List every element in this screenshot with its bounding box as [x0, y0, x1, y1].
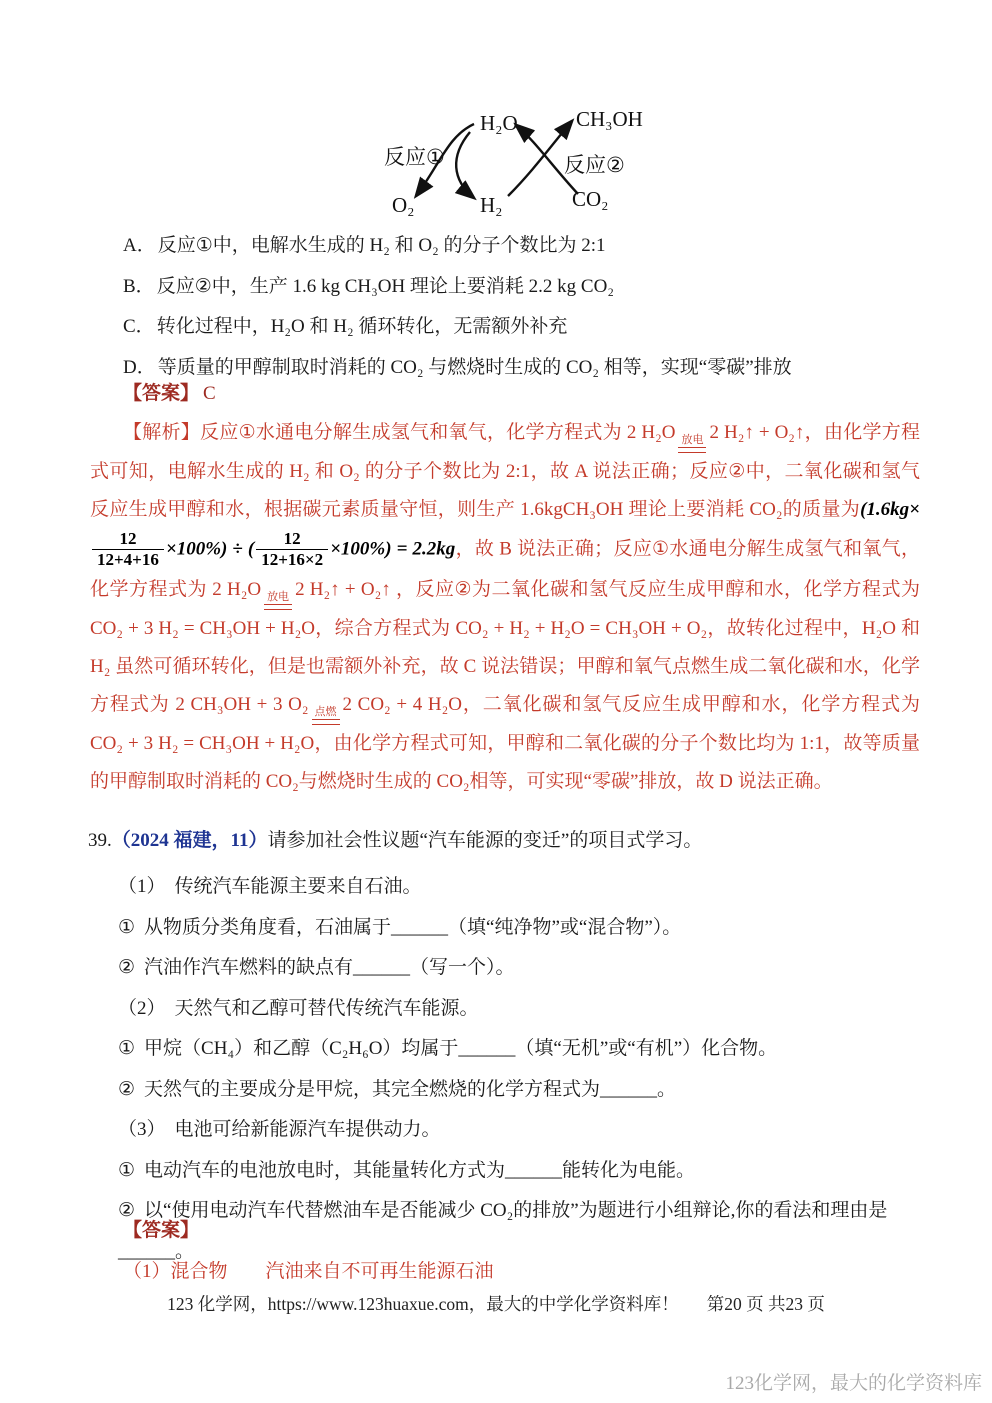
option-text: 反应①中，电解水生成的 H₂ 和 O₂ 的分子个数比为 2:1: [158, 235, 606, 256]
o2-label: O₂: [392, 193, 415, 217]
part-label: ②: [118, 957, 135, 978]
reaction-condition: 放电: [264, 591, 292, 610]
part-label: （2）: [118, 998, 166, 1019]
answer-marker: 【答案】: [123, 383, 199, 404]
part-label: （3）: [118, 1119, 166, 1140]
h2o-label: H₂O: [480, 111, 518, 135]
answer-line-q39: （1）混合物 汽油来自不可再生能源石油: [123, 1259, 494, 1285]
reaction-cycle-diagram: H₂O CH₃OH 反应① 反应② O₂ H₂ CO₂: [368, 94, 708, 232]
answer-line-q38: 【答案】C: [123, 381, 216, 407]
question-part-row: （1）传统汽车能源主要来自石油。: [88, 867, 924, 908]
part-text: 汽油作汽车燃料的缺点有______（写一个）。: [144, 957, 515, 978]
document-page: H₂O CH₃OH 反应① 反应② O₂ H₂ CO₂ A．反应①中，电解水生成…: [0, 0, 992, 1403]
answer-section-q39: 【答案】: [123, 1218, 199, 1244]
analysis-text-segment: ×100%) ÷ (: [166, 538, 254, 559]
option-letter: D．: [123, 357, 156, 378]
part-text: 电池可给新能源汽车提供动力。: [175, 1119, 441, 1140]
question-39: 39.（2024 福建，11）请参加社会性议题“汽车能源的变迁”的项目式学习。 …: [88, 828, 924, 1272]
reaction-condition: 点燃: [312, 706, 340, 725]
part-label: ①: [118, 1038, 135, 1059]
fraction: 1212+4+16: [92, 529, 164, 571]
question-source: （2024 福建，11）: [112, 830, 268, 851]
part-label: （1）: [118, 876, 166, 897]
analysis-text-segment: ×100%) = 2.2kg: [330, 538, 455, 559]
part-text: 电动汽车的电池放电时，其能量转化方式为______能转化为电能。: [144, 1160, 695, 1181]
reaction1-label: 反应①: [384, 145, 445, 169]
site-footer-text: 123 化学网，https://www.123huaxue.com，最大的中学化…: [167, 1294, 679, 1314]
option-letter: B．: [123, 276, 155, 297]
question-part-row: ①甲烷（CH₄）和乙醇（C₂H₆O）均属于______（填“无机”或“有机”）化…: [88, 1029, 924, 1070]
part-label: ①: [118, 1160, 135, 1181]
option-row: A．反应①中，电解水生成的 H₂ 和 O₂ 的分子个数比为 2:1: [90, 226, 926, 267]
question-intro: 请参加社会性议题“汽车能源的变迁”的项目式学习。: [267, 830, 702, 851]
option-list: A．反应①中，电解水生成的 H₂ 和 O₂ 的分子个数比为 2:1 B．反应②中…: [90, 226, 926, 388]
question-part-row: ①电动汽车的电池放电时，其能量转化方式为______能转化为电能。: [88, 1151, 924, 1192]
question-part-row: ①从物质分类角度看，石油属于______（填“纯净物”或“混合物”）。: [88, 908, 924, 949]
page-number: 第20 页 共23 页: [707, 1294, 825, 1314]
question-part-row: （2）天然气和乙醇可替代传统汽车能源。: [88, 989, 924, 1030]
question-part-row: ②汽油作汽车燃料的缺点有______（写一个）。: [88, 948, 924, 989]
option-text: 反应②中，生产 1.6 kg CH₃OH 理论上要消耗 2.2 kg CO₂: [157, 276, 614, 297]
arrow-h2o-to-h2: [456, 132, 474, 198]
part-text: 传统汽车能源主要来自石油。: [175, 876, 422, 897]
question-number: 39.: [88, 830, 112, 851]
answer-marker-q39: 【答案】: [123, 1220, 199, 1241]
option-letter: A．: [123, 235, 156, 256]
option-letter: C．: [123, 316, 155, 337]
part-label: ②: [118, 1079, 135, 1100]
part-text: 从物质分类角度看，石油属于______（填“纯净物”或“混合物”）。: [144, 917, 681, 938]
option-row: C．转化过程中，H₂O 和 H₂ 循环转化，无需额外补充: [90, 307, 926, 348]
reaction2-label: 反应②: [564, 153, 625, 177]
question-39-heading: 39.（2024 福建，11）请参加社会性议题“汽车能源的变迁”的项目式学习。: [88, 828, 924, 854]
ch3oh-label: CH₃OH: [576, 107, 643, 131]
reaction-condition: 放电: [678, 434, 706, 453]
question-parts: （1）传统汽车能源主要来自石油。 ①从物质分类角度看，石油属于______（填“…: [88, 867, 924, 1272]
analysis-paragraph: 【解析】反应①水通电分解生成氢气和氧气，化学方程式为 2 H₂O放电2 H₂↑ …: [90, 414, 920, 801]
answer-value: C: [203, 383, 216, 404]
analysis-text-segment: 【解析】反应①水通电分解生成氢气和氧气，化学方程式为 2 H₂O: [123, 422, 675, 443]
question-part-row: ②天然气的主要成分是甲烷，其完全燃烧的化学方程式为______。: [88, 1070, 924, 1111]
analysis-text-segment: (1.6kg×: [860, 499, 920, 520]
co2-label: CO₂: [572, 187, 609, 211]
part-label: ①: [118, 917, 135, 938]
part-text: 以“使用电动汽车代替燃油车是否能减少 CO₂的排放”为题进行小组辩论,你的看法和…: [118, 1200, 887, 1262]
part-text: 天然气的主要成分是甲烷，其完全燃烧的化学方程式为______。: [144, 1079, 676, 1100]
option-text: 等质量的甲醇制取时消耗的 CO₂ 与燃烧时生成的 CO₂ 相等，实现“零碳”排放: [158, 357, 792, 378]
h2-label: H₂: [480, 193, 503, 217]
question-part-row: （3）电池可给新能源汽车提供动力。: [88, 1110, 924, 1151]
part-text: 甲烷（CH₄）和乙醇（C₂H₆O）均属于______（填“无机”或“有机”）化合…: [144, 1038, 777, 1059]
part-text: 天然气和乙醇可替代传统汽车能源。: [175, 998, 479, 1019]
watermark: 123化学网，最大的化学资料库: [725, 1368, 982, 1395]
cycle-arrows-figure: H₂O CH₃OH 反应① 反应② O₂ H₂ CO₂: [368, 94, 708, 232]
fraction: 1212+16×2: [256, 529, 328, 571]
page-footer: 123 化学网，https://www.123huaxue.com，最大的中学化…: [0, 1291, 992, 1316]
option-row: B．反应②中，生产 1.6 kg CH₃OH 理论上要消耗 2.2 kg CO₂: [90, 267, 926, 308]
option-text: 转化过程中，H₂O 和 H₂ 循环转化，无需额外补充: [157, 316, 568, 337]
